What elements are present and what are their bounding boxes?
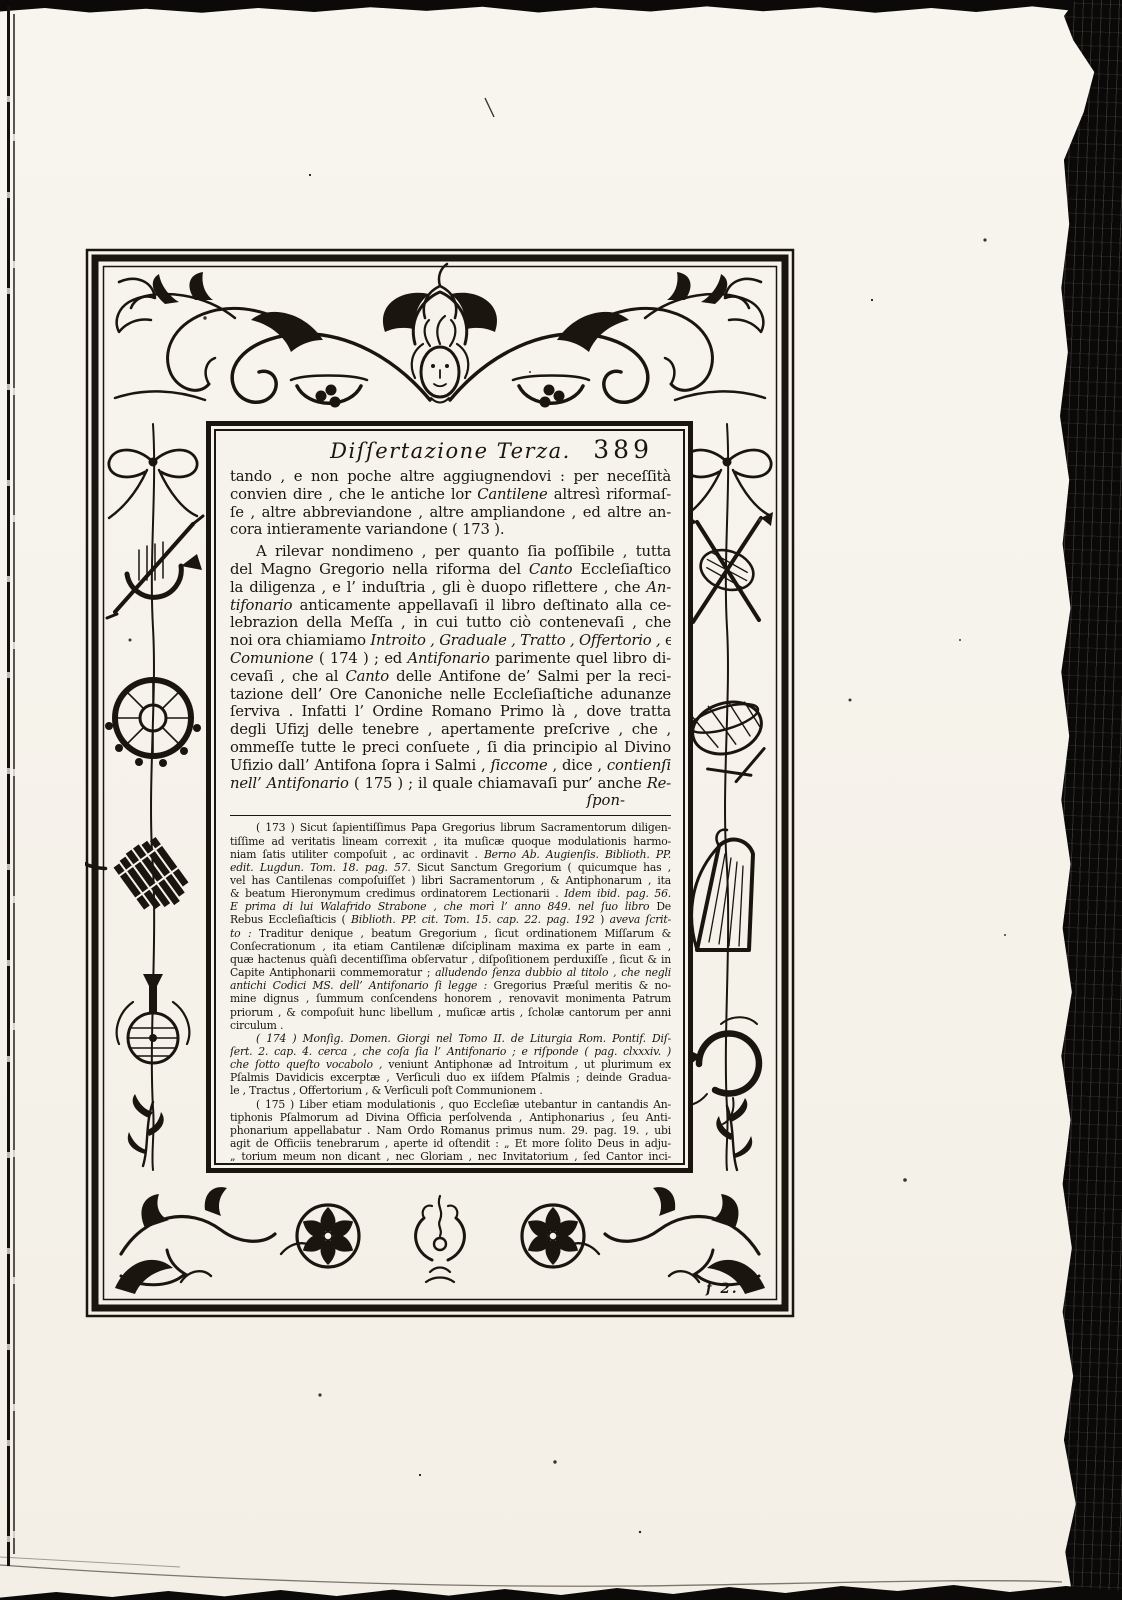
text-line: ( 175 ) Liber etiam modulationis , quo E… — [230, 1098, 671, 1111]
text-line: ( 173 ) Sicut ſapientiſſimus Papa Gregor… — [230, 821, 671, 834]
left-instrument-trophy — [85, 424, 203, 1170]
text-line: E prima di lui Walafrido Strabone , che … — [230, 900, 671, 913]
text-line: cevaſi , che al Canto delle Antifone de’… — [230, 668, 671, 686]
text-line: agit de Officiis tenebrarum , aperte id … — [230, 1137, 671, 1150]
text-line: noi ora chiamiamo Introito , Graduale , … — [230, 632, 671, 650]
right-instrument-trophy — [677, 424, 776, 1170]
text-line: ſerviva . Infatti l’ Ordine Romano Primo… — [230, 703, 671, 721]
text-line: ommeſſe tutte le preci conſuete , ſi dia… — [230, 739, 671, 757]
drum-icon — [686, 693, 775, 789]
text-line: tiphonis Pſalmorum ad Divina Officia per… — [230, 1111, 671, 1124]
bottom-ornament-band — [115, 1187, 765, 1294]
page-curl-crease — [0, 1565, 1062, 1586]
body-paragraph-2: A rilevar nondimeno , per quanto ſia poſ… — [230, 543, 671, 792]
text-line: quæ hactenus quàſi decentiſſima obſervat… — [230, 953, 671, 966]
text-line: Pſalmis Davidicis excerptæ , Verſiculi d… — [230, 1071, 671, 1084]
rosette-icon — [522, 1205, 584, 1267]
text-line: circulum . — [230, 1019, 671, 1032]
text-line: del Magno Gregorio nella riforma del Can… — [230, 561, 671, 579]
scan-edge-bottom — [0, 1580, 1122, 1600]
text-line: & beatum Hieronymum credimus ordinatorem… — [230, 887, 671, 900]
text-line: ſert. 2. cap. 4. cerca , che coſa ſia l’… — [230, 1045, 671, 1058]
crossed-pipes-icon — [685, 512, 773, 622]
text-line: Conſecrationum , ita etiam Cantilenæ diſ… — [230, 940, 671, 953]
top-ornament-band — [115, 264, 765, 408]
text-line: Ufizio dall’ Antifona ſopra i Salmi , ſi… — [230, 757, 671, 775]
text-line: ( 174 ) Monſig. Domen. Giorgi nel Tomo I… — [230, 1032, 671, 1045]
signature-mark: f 2. — [706, 1281, 739, 1297]
text-line: priorum , & compoſuit hunc libellum , mu… — [230, 1006, 671, 1019]
text-line: niam ſatis utiliter compoſuit , ac ordin… — [230, 848, 671, 861]
text-line: mine dignus , ſummum conſcendens honorem… — [230, 992, 671, 1005]
text-line: tazione dell’ Ore Canoniche nelle Eccleſ… — [230, 686, 671, 704]
text-line: che ſotto queſto vocabolo , veniunt Anti… — [230, 1058, 671, 1071]
scanned-book-page: Diſſertazione Terza. 389 tando , e non p… — [0, 0, 1122, 1600]
text-line: cora intieramente variandone ( 173 ). — [230, 521, 671, 539]
scan-edge-left-inner — [13, 14, 15, 1554]
text-line: phonarium appellabatur . Nam Ordo Romanu… — [230, 1124, 671, 1137]
text-line: la diligenza , e l’ induſtria , gli è du… — [230, 579, 671, 597]
body-paragraph-1: tando , e non poche altre aggiugnendovi … — [230, 468, 671, 539]
text-line: ſe , altre abbreviandone , altre amplian… — [230, 504, 671, 522]
leaf-sprig-icon — [128, 1094, 164, 1166]
text-line: Capite Antiphonarii commemoratur ; allud… — [230, 966, 671, 979]
text-line: „ torium meum non dicant , nec Gloriam ,… — [230, 1150, 671, 1163]
footnote-175: ( 175 ) Liber etiam modulationis , quo E… — [230, 1098, 671, 1164]
text-line: Rebus Eccleſiaſticis ( Biblioth. PP. cit… — [230, 913, 671, 926]
mask-face-ornament — [412, 264, 469, 403]
horn-and-lyre-icon — [107, 516, 203, 618]
text-line: vel has Cantilenas compoſuiſſet ) libri … — [230, 874, 671, 887]
text-line: Comunione ( 174 ) ; ed Antifonario parim… — [230, 650, 671, 668]
text-line: A rilevar nondimeno , per quanto ſia poſ… — [230, 543, 671, 561]
panpipes-icon — [85, 801, 197, 934]
rosette-icon — [297, 1205, 359, 1267]
text-line: to : Traditur denique , beatum Gregorium… — [230, 927, 671, 940]
scan-edge-top — [0, 0, 1122, 16]
text-line: tifonario anticamente appellavaſi il lib… — [230, 597, 671, 615]
footnote-174: ( 174 ) Monſig. Domen. Giorgi nel Tomo I… — [230, 1032, 671, 1098]
text-line: antichi Codici MS. dell’ Antifonario ſi … — [230, 979, 671, 992]
running-header: Diſſertazione Terza. 389 — [230, 435, 671, 468]
text-line: convien dire , che le antiche lor Cantil… — [230, 486, 671, 504]
text-line: edit. Lugdun. Tom. 18. pag. 57. Sicut Sa… — [230, 861, 671, 874]
text-line: tando , e non poche altre aggiugnendovi … — [230, 468, 671, 486]
page-number: 389 — [593, 435, 653, 464]
scan-edge-left — [7, 6, 10, 1566]
scan-edge-right — [1056, 0, 1122, 1600]
footnote-separator — [230, 815, 671, 816]
harp-icon — [692, 830, 753, 950]
text-line: nell’ Antifonario ( 175 ) ; il quale chi… — [230, 775, 671, 793]
catchword: ſpon- — [230, 792, 671, 810]
central-candelabra-ornament — [416, 1196, 465, 1282]
text-block: Diſſertazione Terza. 389 tando , e non p… — [214, 429, 685, 1165]
text-line: lebrazion della Meſſa , in cui tutto ciò… — [230, 614, 671, 632]
leaf-sprig-icon — [716, 1098, 752, 1170]
text-line: degli Ufizj delle tenebre , apertamente … — [230, 721, 671, 739]
footnote-173: ( 173 ) Sicut ſapientiſſimus Papa Gregor… — [230, 821, 671, 1032]
text-line: le , Tractus , Offertorium , & Verſiculi… — [230, 1084, 671, 1097]
text-line: tiſſime ad veritatis lineam correxit , i… — [230, 835, 671, 848]
